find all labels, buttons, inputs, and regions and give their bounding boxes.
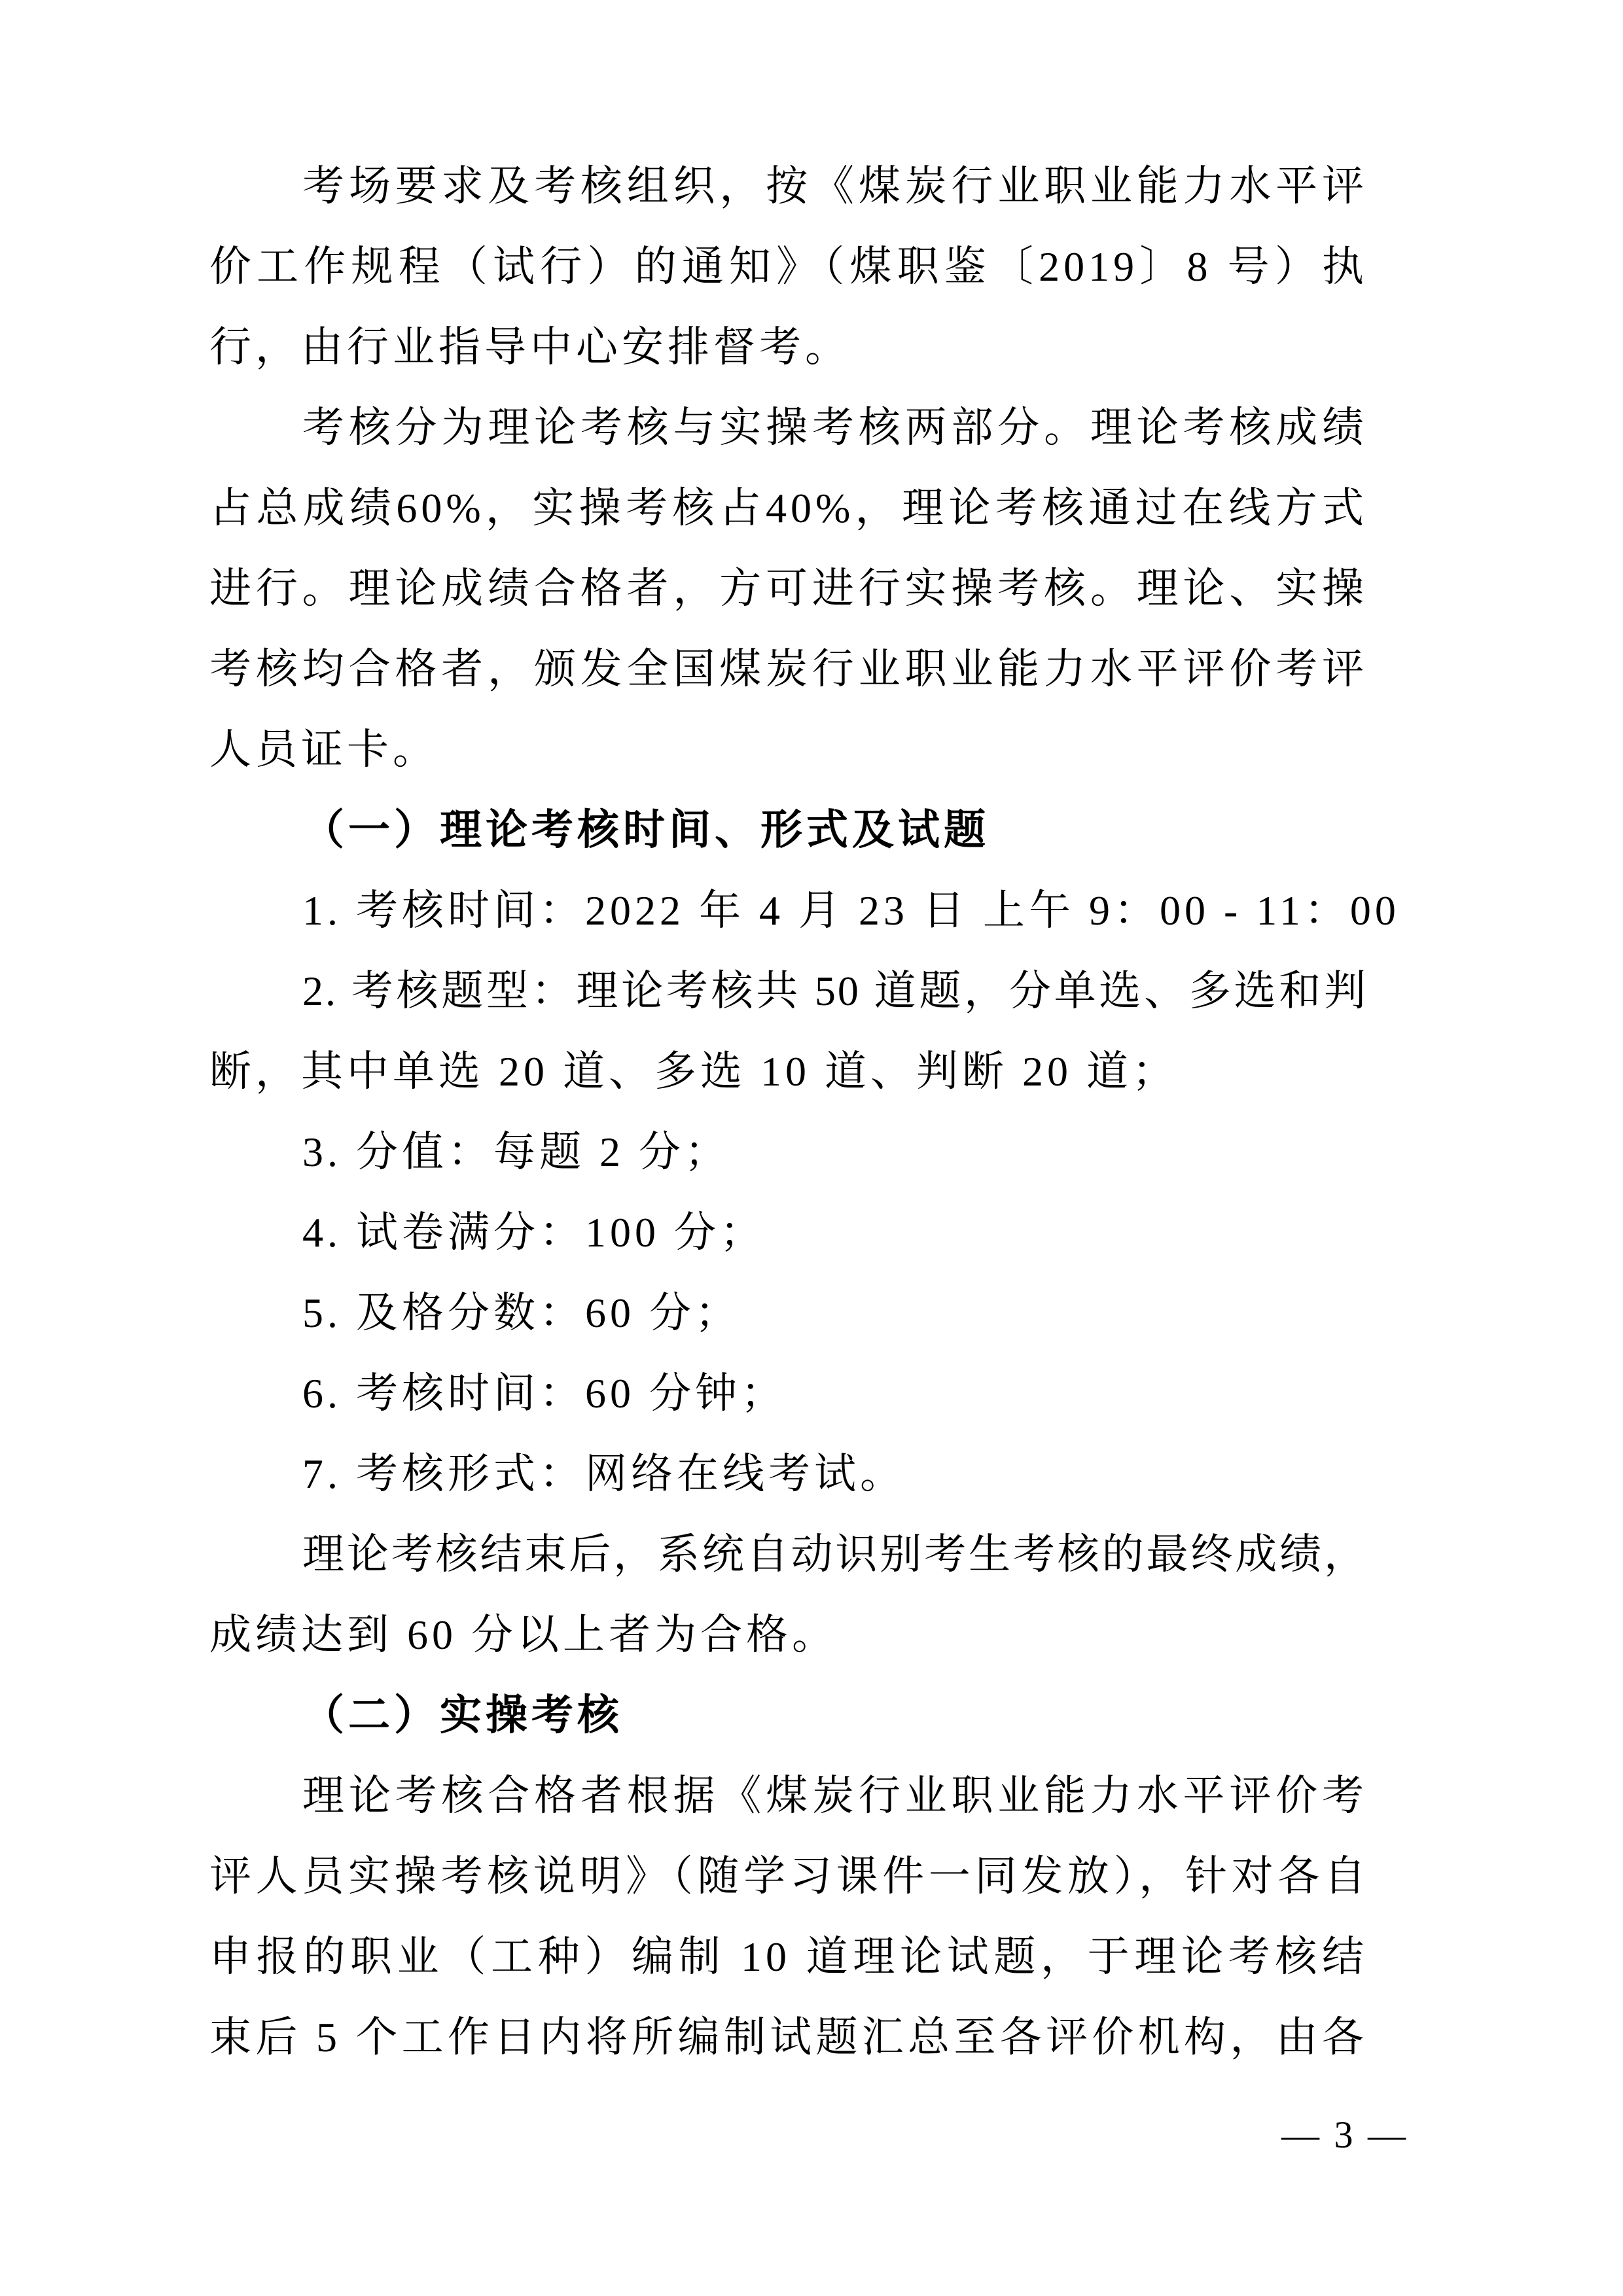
paragraph-4-line-1: 理论考核合格者根据《煤炭行业职业能力水平评价考 [209,1756,1368,1836]
paragraph-2-line-1: 考核分为理论考核与实操考核两部分。理论考核成绩 [209,387,1368,468]
list-item-4: 4. 试卷满分：100 分； [209,1192,1368,1273]
paragraph-3-line-1: 理论考核结束后，系统自动识别考生考核的最终成绩， [209,1514,1368,1595]
document-page: 考场要求及考核组织，按《煤炭行业职业能力水平评 价工作规程（试行）的通知》（煤职… [0,0,1623,2296]
paragraph-1-line-1: 考场要求及考核组织，按《煤炭行业职业能力水平评 [209,146,1368,226]
list-item-1: 1. 考核时间：2022 年 4 月 23 日 上午 9：00 - 11：00 [209,870,1368,951]
list-item-3: 3. 分值：每题 2 分； [209,1112,1368,1192]
paragraph-4-line-3: 申报的职业（工种）编制 10 道理论试题，于理论考核结 [209,1916,1368,1997]
paragraph-2-line-3: 进行。理论成绩合格者，方可进行实操考核。理论、实操 [209,548,1368,629]
heading-section-2: （二）实操考核 [209,1675,1368,1756]
list-item-6: 6. 考核时间：60 分钟； [209,1353,1368,1434]
heading-section-1: （一）理论考核时间、形式及试题 [209,790,1368,870]
paragraph-2-line-4: 考核均合格者，颁发全国煤炭行业职业能力水平评价考评 [209,629,1368,709]
list-item-7: 7. 考核形式：网络在线考试。 [209,1434,1368,1514]
document-body: 考场要求及考核组织，按《煤炭行业职业能力水平评 价工作规程（试行）的通知》（煤职… [209,146,1368,2077]
page-number: — 3 — [1281,2115,1408,2155]
paragraph-4-line-4: 束后 5 个工作日内将所编制试题汇总至各评价机构，由各 [209,1997,1368,2077]
paragraph-2-line-5: 人员证卡。 [209,709,1368,790]
paragraph-1-line-3: 行，由行业指导中心安排督考。 [209,307,1368,387]
paragraph-3-line-2: 成绩达到 60 分以上者为合格。 [209,1595,1368,1675]
paragraph-4-line-2: 评人员实操考核说明》（随学习课件一同发放），针对各自 [209,1836,1368,1916]
list-item-2-line-1: 2. 考核题型：理论考核共 50 道题，分单选、多选和判 [209,951,1368,1031]
paragraph-1-line-2: 价工作规程（试行）的通知》（煤职鉴〔2019〕8 号）执 [209,226,1368,307]
list-item-2-line-2: 断，其中单选 20 道、多选 10 道、判断 20 道； [209,1031,1368,1112]
list-item-5: 5. 及格分数：60 分； [209,1273,1368,1353]
paragraph-2-line-2: 占总成绩60%，实操考核占40%，理论考核通过在线方式 [209,468,1368,548]
